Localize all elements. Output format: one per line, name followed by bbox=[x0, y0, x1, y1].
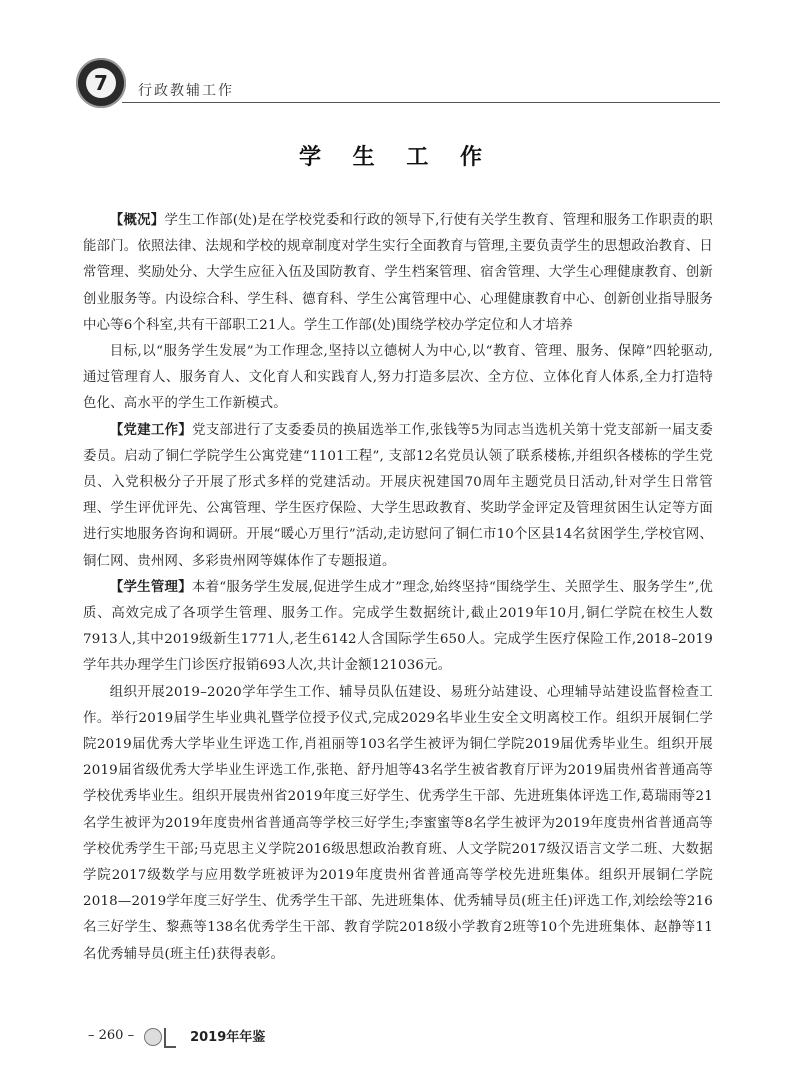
paragraph-activities: 组织开展2019–2020学年学生工作、辅导员队伍建设、易班分站建设、心理辅导站… bbox=[83, 680, 713, 968]
paragraph-overview: 【概况】学生工作部(处)是在学校党委和行政的领导下,行使有关学生教育、管理和服务… bbox=[83, 208, 713, 339]
paragraph-party-building: 【党建工作】党支部进行了支委委员的换届选举工作,张钱等5为同志当选机关第十党支部… bbox=[83, 418, 713, 575]
section-title: 行政教辅工作 bbox=[138, 80, 234, 100]
page-number: – 260 – bbox=[88, 1028, 134, 1043]
paragraph-text: 目标,以“服务学生发展”为工作理念,坚持以立德树人为中心,以“教育、管理、服务、… bbox=[83, 344, 713, 411]
paragraph-text: 党支部进行了支委委员的换届选举工作,张钱等5为同志当选机关第十党支部新一届支委委… bbox=[83, 423, 713, 569]
paragraph-text: 学生工作部(处)是在学校党委和行政的领导下,行使有关学生教育、管理和服务工作职责… bbox=[83, 213, 713, 333]
yearbook-title: 2019年年鉴 bbox=[190, 1026, 265, 1045]
paragraph-tag: 【学生管理】 bbox=[110, 580, 192, 595]
paragraph-overview-cont: 目标,以“服务学生发展”为工作理念,坚持以立德树人为中心,以“教育、管理、服务、… bbox=[83, 339, 713, 418]
page-title: 学 生 工 作 bbox=[0, 140, 793, 171]
paragraph-tag: 【党建工作】 bbox=[110, 423, 192, 438]
university-logo-icon: 7 bbox=[76, 58, 126, 108]
paragraph-text: 组织开展2019–2020学年学生工作、辅导员队伍建设、易班分站建设、心理辅导站… bbox=[83, 685, 713, 962]
paragraph-student-management: 【学生管理】本着“服务学生发展,促进学生成才”理念,始终坚持“围绕学生、关照学生… bbox=[83, 575, 713, 680]
yearbook-mascot-icon bbox=[142, 1022, 182, 1048]
logo-glyph: 7 bbox=[86, 68, 116, 98]
paragraph-tag: 【概况】 bbox=[110, 213, 165, 228]
header-divider bbox=[122, 102, 720, 103]
page-header: 7 行政教辅工作 bbox=[72, 56, 720, 112]
page-footer: – 260 – 2019年年鉴 bbox=[88, 1020, 265, 1050]
article-body: 【概况】学生工作部(处)是在学校党委和行政的领导下,行使有关学生教育、管理和服务… bbox=[83, 208, 713, 968]
